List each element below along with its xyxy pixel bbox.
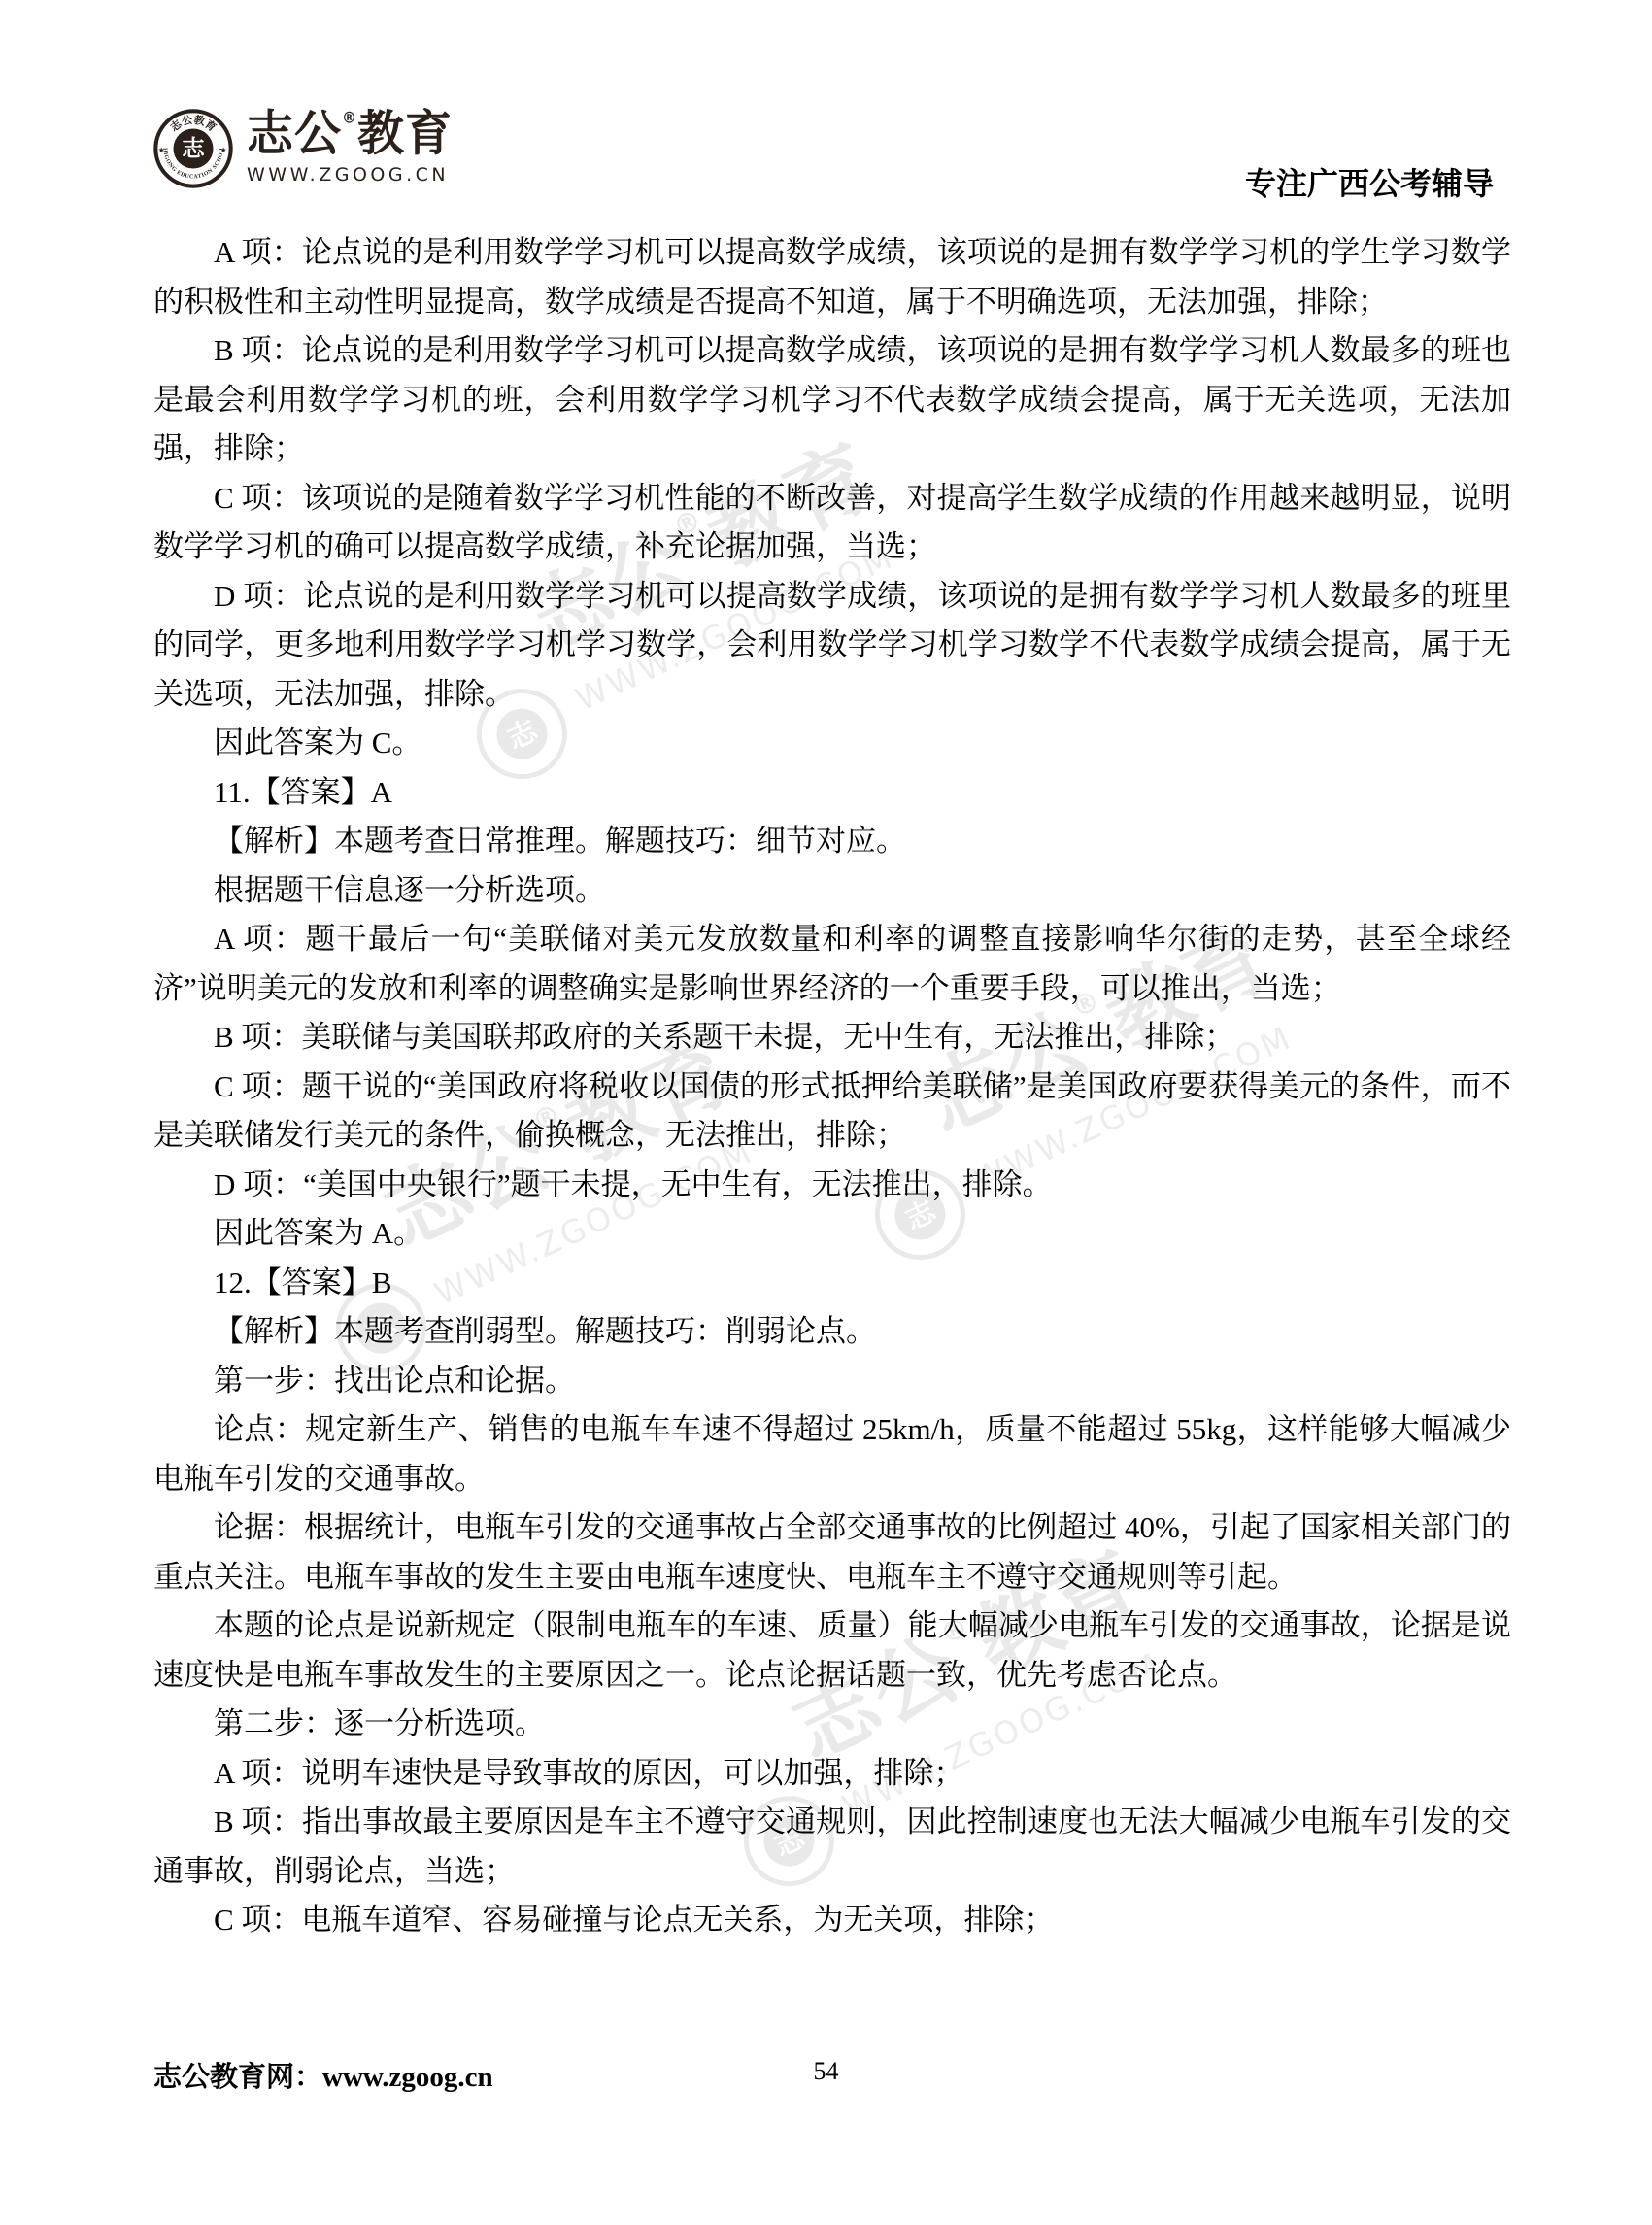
paragraph: 【解析】本题考查削弱型。解题技巧：削弱论点。: [153, 1307, 1511, 1357]
paragraph: B 项：指出事故最主要原因是车主不遵守交通规则，因此控制速度也无法大幅减少电瓶车…: [153, 1798, 1511, 1896]
document-page: 志 志公®教育 WWW.ZGOOG.COM 志 志公®教育 WWW.ZGOOG.…: [0, 0, 1652, 2225]
paragraph: D 项：论点说的是利用数学学习机可以提高数学成绩，该项说的是拥有数学学习机人数最…: [153, 572, 1511, 720]
paragraph: 11.【答案】A: [153, 768, 1511, 818]
paragraph: D 项：“美国中央银行”题干未提，无中生有，无法推出，排除。: [153, 1161, 1511, 1210]
paragraph: 论点：规定新生产、销售的电瓶车车速不得超过 25km/h，质量不能超过 55kg…: [153, 1405, 1511, 1503]
header: 志 志公教育 ZHIGONG EDUCATION SCHOOL ★ ★ 志公®教…: [153, 109, 453, 188]
logo-name: 志公®教育: [247, 109, 453, 161]
paragraph: A 项：论点说的是利用数学学习机可以提高数学成绩，该项说的是拥有数学学习机的学生…: [153, 228, 1511, 326]
paragraph: 12.【答案】B: [153, 1259, 1511, 1308]
header-tagline: 专注广西公考辅导: [1245, 159, 1494, 204]
footer-site-label: 志公教育网：www.zgoog.cn: [153, 2055, 493, 2095]
document-body: A 项：论点说的是利用数学学习机可以提高数学成绩，该项说的是拥有数学学习机的学生…: [153, 228, 1511, 1945]
paragraph: A 项：题干最后一句“美联储对美元发放数量和利率的调整直接影响华尔街的走势，甚至…: [153, 915, 1511, 1013]
logo-url: WWW.ZGOOG.CN: [247, 164, 453, 185]
logo-textblock: 志公®教育 WWW.ZGOOG.CN: [247, 109, 453, 185]
paragraph: 因此答案为 C。: [153, 719, 1511, 768]
paragraph: A 项：说明车速快是导致事故的原因，可以加强，排除；: [153, 1749, 1511, 1799]
paragraph: 本题的论点是说新规定（限制电瓶车的车速、质量）能大幅减少电瓶车引发的交通事故，论…: [153, 1601, 1511, 1700]
paragraph: 第一步：找出论点和论据。: [153, 1357, 1511, 1406]
svg-text:★: ★: [220, 146, 227, 154]
paragraph: B 项：论点说的是利用数学学习机可以提高数学成绩，该项说的是拥有数学学习机人数最…: [153, 326, 1511, 474]
paragraph: C 项：电瓶车道窄、容易碰撞与论点无关系，为无关项，排除；: [153, 1896, 1511, 1945]
paragraph: C 项：该项说的是随着数学学习机性能的不断改善，对提高学生数学成绩的作用越来越明…: [153, 474, 1511, 572]
zhigong-seal-icon: 志 志公教育 ZHIGONG EDUCATION SCHOOL ★ ★: [153, 109, 233, 188]
paragraph: C 项：题干说的“美国政府将税收以国债的形式抵押给美联储”是美国政府要获得美元的…: [153, 1062, 1511, 1161]
paragraph: B 项：美联储与美国联邦政府的关系题干未提，无中生有，无法推出，排除；: [153, 1013, 1511, 1062]
paragraph: 根据题干信息逐一分析选项。: [153, 866, 1511, 916]
paragraph: 因此答案为 A。: [153, 1209, 1511, 1259]
paragraph: 【解析】本题考查日常推理。解题技巧：细节对应。: [153, 817, 1511, 866]
seal-center-glyph: 志: [182, 136, 205, 162]
svg-text:★: ★: [158, 146, 165, 154]
paragraph: 第二步：逐一分析选项。: [153, 1700, 1511, 1749]
paragraph: 论据：根据统计，电瓶车引发的交通事故占全部交通事故的比例超过 40%，引起了国家…: [153, 1503, 1511, 1601]
